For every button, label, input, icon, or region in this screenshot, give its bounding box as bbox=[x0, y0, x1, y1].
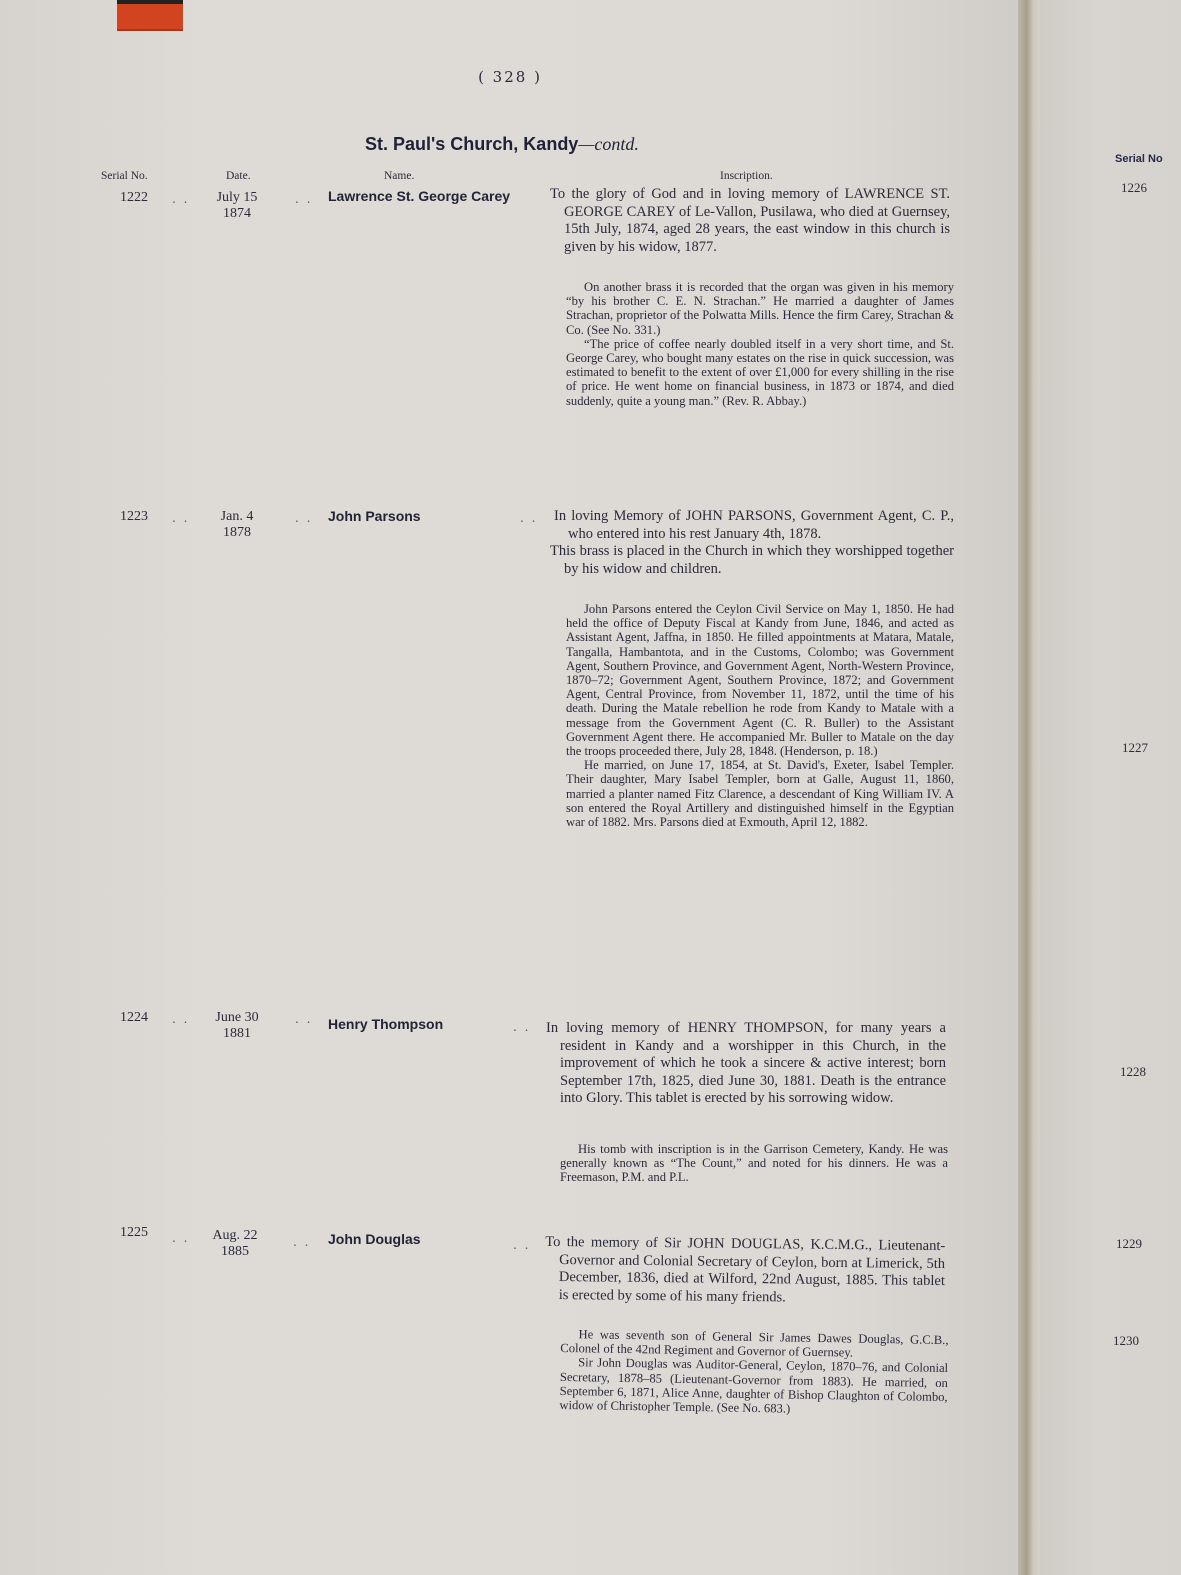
dot-leader: . . bbox=[293, 1235, 310, 1249]
entry-date: June 30 1881 bbox=[205, 1010, 269, 1042]
note-paragraph: “The price of coffee nearly doubled itse… bbox=[566, 337, 954, 408]
inscription-paragraph: To the glory of God and in loving memory… bbox=[550, 186, 950, 256]
entry-notes: His tomb with inscription is in the Garr… bbox=[560, 1142, 948, 1185]
entry-date-year: 1874 bbox=[205, 206, 269, 222]
dot-leader: . . bbox=[172, 1012, 189, 1026]
column-header-inscription: Inscription. bbox=[720, 170, 773, 182]
inscription-paragraph: This brass is placed in the Church in wh… bbox=[550, 543, 954, 578]
entry-inscription: To the glory of God and in loving memory… bbox=[550, 186, 950, 256]
section-title: St. Paul's Church, Kandy—contd. bbox=[365, 134, 639, 155]
facing-serial: 1226 bbox=[1121, 180, 1147, 196]
entry-date-day: Jan. 4 bbox=[205, 509, 269, 525]
inscription-paragraph: In loving Memory of JOHN PARSONS, Govern… bbox=[554, 508, 954, 543]
entry-date-year: 1878 bbox=[205, 525, 269, 541]
entry-inscription: To the memory of Sir JOHN DOUGLAS, K.C.M… bbox=[545, 1234, 946, 1309]
dot-leader: . . bbox=[513, 1238, 530, 1252]
dot-leader: . . bbox=[172, 511, 189, 525]
entry-name: John Douglas bbox=[328, 1231, 421, 1247]
entry-serial: 1223 bbox=[120, 509, 148, 525]
facing-serial: 1227 bbox=[1122, 740, 1148, 756]
dot-leader: . . bbox=[513, 1020, 530, 1034]
dot-leader: . . bbox=[520, 511, 537, 525]
section-title-contd: —contd. bbox=[578, 134, 639, 154]
dot-leader: . . bbox=[295, 192, 312, 206]
note-paragraph: On another brass it is recorded that the… bbox=[566, 280, 954, 337]
entry-date: July 15 1874 bbox=[205, 190, 269, 222]
facing-serial: 1228 bbox=[1120, 1064, 1146, 1080]
entry-name: Henry Thompson bbox=[328, 1016, 443, 1032]
bookmark-tab bbox=[117, 0, 183, 31]
page-number: ( 328 ) bbox=[470, 68, 550, 86]
inscription-paragraph: In loving memory of HENRY THOMPSON, for … bbox=[546, 1020, 946, 1108]
entry-date: Jan. 4 1878 bbox=[205, 509, 269, 541]
dot-leader: . . bbox=[172, 192, 189, 206]
entry-inscription: In loving memory of HENRY THOMPSON, for … bbox=[546, 1020, 946, 1108]
entry-date-day: June 30 bbox=[205, 1010, 269, 1026]
entry-notes: On another brass it is recorded that the… bbox=[566, 280, 954, 408]
note-paragraph: John Parsons entered the Ceylon Civil Se… bbox=[566, 602, 954, 758]
entry-date-year: 1881 bbox=[205, 1026, 269, 1042]
entry-serial: 1222 bbox=[120, 190, 148, 206]
book-gutter bbox=[1018, 0, 1040, 1575]
entry-name: John Parsons bbox=[328, 508, 421, 524]
entry-date-year: 1885 bbox=[203, 1244, 267, 1260]
column-header-serial: Serial No. bbox=[101, 170, 148, 182]
note-paragraph: His tomb with inscription is in the Garr… bbox=[560, 1142, 948, 1185]
facing-page bbox=[1040, 0, 1181, 1575]
dot-leader: . . bbox=[295, 1012, 312, 1026]
column-header-name: Name. bbox=[384, 170, 414, 182]
inscription-paragraph: To the memory of Sir JOHN DOUGLAS, K.C.M… bbox=[545, 1234, 946, 1309]
entry-serial: 1224 bbox=[120, 1010, 148, 1026]
dot-leader: . . bbox=[172, 1231, 189, 1245]
facing-serial: 1230 bbox=[1113, 1333, 1139, 1349]
note-paragraph: He married, on June 17, 1854, at St. Dav… bbox=[566, 758, 954, 829]
entry-serial: 1225 bbox=[120, 1225, 148, 1241]
entry-name: Lawrence St. George Carey bbox=[328, 188, 510, 204]
section-title-text: St. Paul's Church, Kandy bbox=[365, 134, 578, 154]
entry-date-day: July 15 bbox=[205, 190, 269, 206]
entry-date-day: Aug. 22 bbox=[203, 1228, 267, 1244]
note-paragraph: Sir John Douglas was Auditor-General, Ce… bbox=[559, 1355, 948, 1418]
entry-notes: John Parsons entered the Ceylon Civil Se… bbox=[566, 602, 954, 829]
facing-column-header: Serial No bbox=[1115, 153, 1163, 165]
dot-leader: . . bbox=[295, 511, 312, 525]
column-header-date: Date. bbox=[226, 170, 251, 182]
entry-notes: He was seventh son of General Sir James … bbox=[559, 1327, 948, 1418]
entry-date: Aug. 22 1885 bbox=[203, 1228, 267, 1260]
facing-serial: 1229 bbox=[1116, 1236, 1142, 1252]
entry-inscription: In loving Memory of JOHN PARSONS, Govern… bbox=[554, 508, 954, 578]
